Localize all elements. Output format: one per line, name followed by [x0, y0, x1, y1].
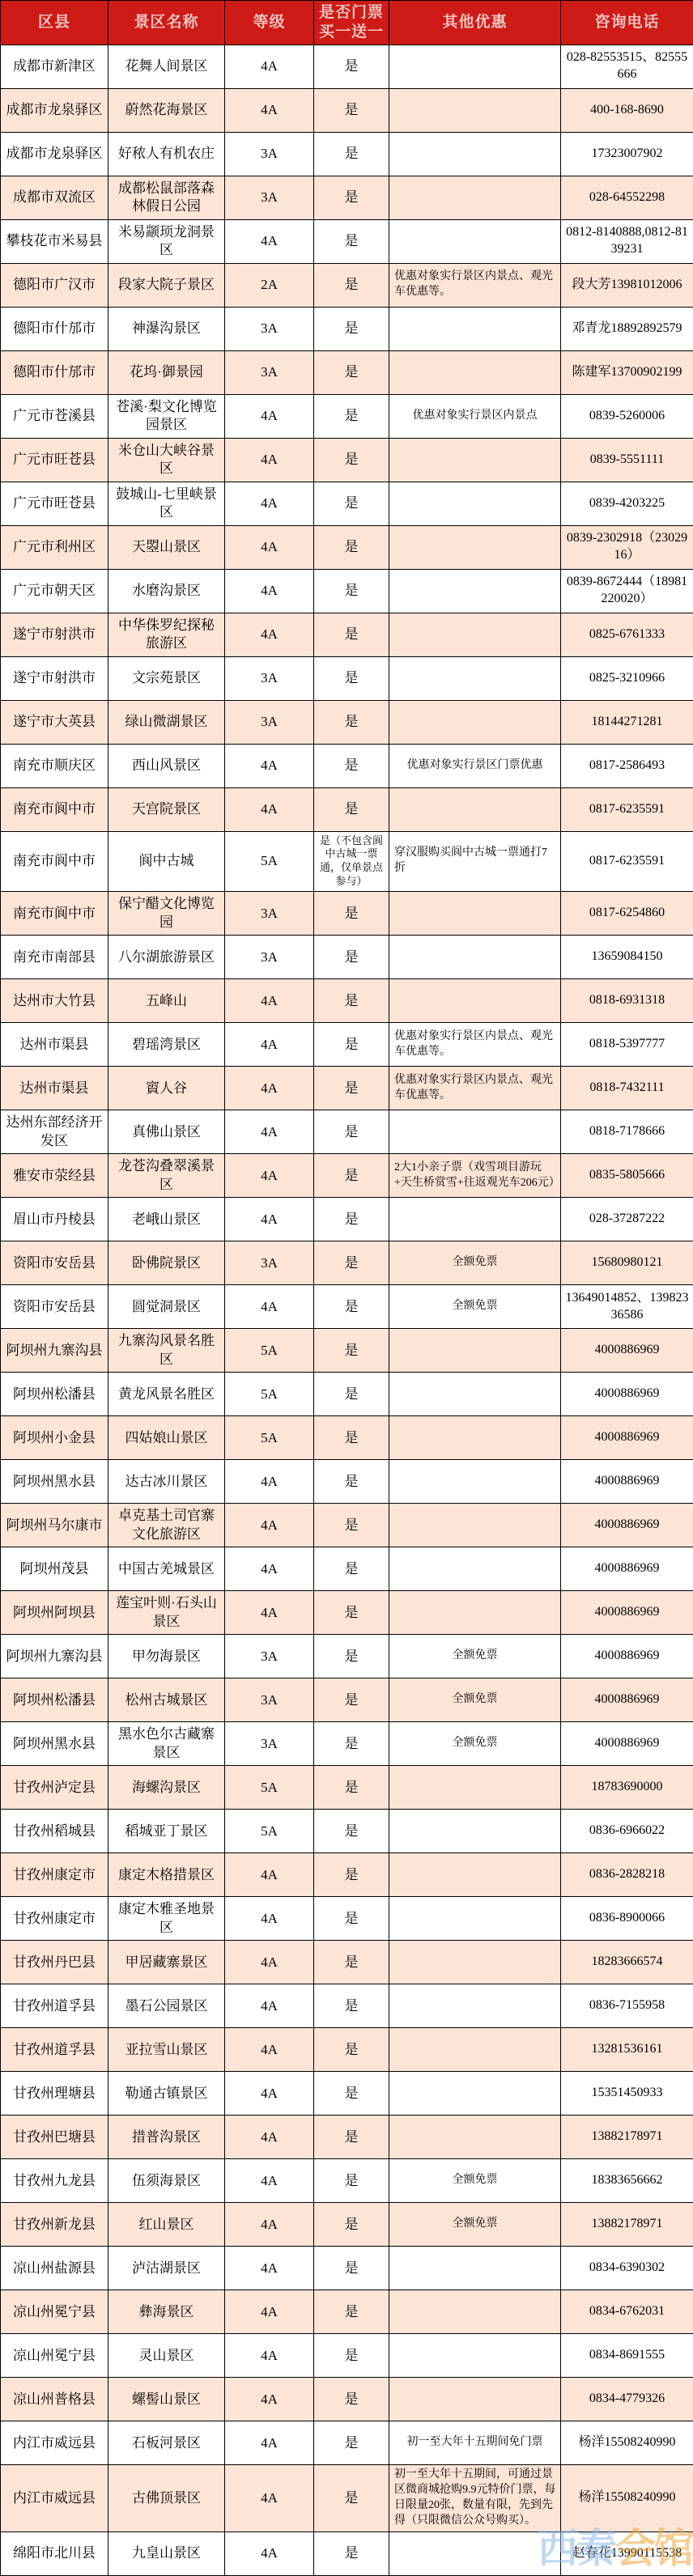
grade-cell: 5A	[225, 1810, 314, 1853]
table-row: 眉山市丹棱县 老峨山景区 4A 是 028-37287222	[1, 1198, 693, 1241]
grade-cell: 5A	[225, 1766, 314, 1810]
district-cell: 雅安市荥经县	[1, 1154, 108, 1198]
discount-cell	[389, 1853, 561, 1897]
phone-cell: 4000886969	[561, 1329, 693, 1373]
table-row: 南充市顺庆区 西山风景区 4A 是 优惠对象实行景区门票优惠 0817-2586…	[1, 744, 693, 787]
discount-cell	[389, 482, 561, 525]
phone-cell: 0839-2302918（2302916）	[561, 525, 693, 569]
column-header-name: 景区名称	[108, 1, 225, 45]
district-cell: 甘孜州泸定县	[1, 1766, 108, 1810]
table-row: 南充市阆中市 保宁醋文化博览园 3A 是 0817-6254860	[1, 892, 693, 936]
scenic-name-cell: 阆中古城	[108, 831, 225, 892]
bogo-cell: 是	[314, 219, 389, 263]
district-cell: 达州市大竹县	[1, 979, 108, 1023]
discount-cell	[389, 656, 561, 700]
grade-cell: 5A	[225, 831, 314, 892]
discount-cell	[389, 613, 561, 656]
grade-cell: 4A	[225, 2421, 314, 2465]
table-row: 南充市阆中市 阆中古城 5A 是（不包含阆中古城一票通，仅单景点参与） 穿汉服购…	[1, 831, 693, 892]
district-cell: 凉山州普格县	[1, 2378, 108, 2421]
phone-cell: 4000886969	[561, 1373, 693, 1416]
scenic-area-discount-table: 区县 景区名称 等级 是否门票买一送一 其他优惠 咨询电话 成都市新津区 花舞人…	[0, 0, 693, 2576]
district-cell: 广元市旺苍县	[1, 438, 108, 482]
phone-cell: 杨洋15508240990	[561, 2465, 693, 2532]
discount-cell	[389, 1810, 561, 1853]
table-row: 遂宁市射洪市 中华侏罗纪探秘旅游区 4A 是 0825-6761333	[1, 613, 693, 656]
grade-cell: 4A	[225, 1853, 314, 1897]
bogo-cell: 是	[314, 307, 389, 350]
district-cell: 内江市威远县	[1, 2465, 108, 2532]
bogo-cell: 是	[314, 1198, 389, 1241]
discount-cell	[389, 45, 561, 88]
phone-cell: 0836-6966022	[561, 1810, 693, 1853]
scenic-name-cell: 保宁醋文化博览园	[108, 892, 225, 936]
phone-cell: 028-37287222	[561, 1198, 693, 1241]
phone-cell: 杨洋15508240990	[561, 2421, 693, 2465]
phone-cell: 13882178971	[561, 2116, 693, 2159]
grade-cell: 4A	[225, 2116, 314, 2159]
bogo-cell: 是	[314, 700, 389, 744]
grade-cell: 4A	[225, 2072, 314, 2116]
bogo-cell: 是	[314, 2203, 389, 2247]
grade-cell: 4A	[225, 1591, 314, 1635]
district-cell: 遂宁市射洪市	[1, 656, 108, 700]
district-cell: 资阳市安岳县	[1, 1241, 108, 1285]
phone-cell: 0839-4203225	[561, 482, 693, 525]
phone-cell: 赵春花13990115538	[561, 2531, 693, 2575]
phone-cell: 陈建军13700902199	[561, 350, 693, 394]
district-cell: 达州东部经济开发区	[1, 1110, 108, 1154]
table-row: 甘孜州道孚县 亚拉雪山景区 4A 是 13281536161	[1, 2028, 693, 2072]
bogo-cell: 是	[314, 569, 389, 613]
bogo-cell: 是	[314, 394, 389, 438]
district-cell: 凉山州冕宁县	[1, 2334, 108, 2378]
phone-cell: 0825-3210966	[561, 656, 693, 700]
district-cell: 眉山市丹棱县	[1, 1198, 108, 1241]
scenic-name-cell: 绿山微湖景区	[108, 700, 225, 744]
grade-cell: 4A	[225, 1023, 314, 1067]
grade-cell: 3A	[225, 350, 314, 394]
table-row: 阿坝州小金县 四姑娘山景区 5A 是 4000886969	[1, 1416, 693, 1460]
bogo-cell: 是	[314, 350, 389, 394]
grade-cell: 3A	[225, 1722, 314, 1766]
grade-cell: 4A	[225, 2290, 314, 2334]
district-cell: 阿坝州小金县	[1, 1416, 108, 1460]
grade-cell: 4A	[225, 1110, 314, 1154]
scenic-name-cell: 賨人谷	[108, 1067, 225, 1110]
grade-cell: 4A	[225, 525, 314, 569]
district-cell: 甘孜州道孚县	[1, 2028, 108, 2072]
discount-cell: 全额免票	[389, 1722, 561, 1766]
table-row: 阿坝州松潘县 松州古城景区 3A 是 全额免票 4000886969	[1, 1678, 693, 1722]
scenic-name-cell: 神瀑沟景区	[108, 307, 225, 350]
table-row: 达州市渠县 賨人谷 4A 是 优惠对象实行景区内景点、观光车优惠等。 0818-…	[1, 1067, 693, 1110]
scenic-name-cell: 圆觉洞景区	[108, 1285, 225, 1329]
grade-cell: 2A	[225, 263, 314, 307]
phone-cell: 18783690000	[561, 1766, 693, 1810]
grade-cell: 3A	[225, 1678, 314, 1722]
bogo-cell: 是	[314, 892, 389, 936]
discount-cell: 初一至大年十五期间免门票	[389, 2421, 561, 2465]
grade-cell: 4A	[225, 2247, 314, 2290]
table-row: 成都市双流区 成都松鼠部落森林假日公园 3A 是 028-64552298	[1, 176, 693, 219]
bogo-cell: 是	[314, 132, 389, 176]
bogo-cell: 是	[314, 1285, 389, 1329]
scenic-name-cell: 石板河景区	[108, 2421, 225, 2465]
discount-cell: 全额免票	[389, 2203, 561, 2247]
district-cell: 甘孜州新龙县	[1, 2203, 108, 2247]
table-row: 雅安市荥经县 龙苍沟叠翠溪景区 4A 是 2大1小亲子票（戏雪项目游玩+天生桥赏…	[1, 1154, 693, 1198]
table-row: 内江市威远县 古佛顶景区 4A 是 初一至大年十五期间，可通过景区微商城抢购9.…	[1, 2465, 693, 2532]
table-row: 广元市苍溪县 苍溪·梨文化博览园景区 4A 是 优惠对象实行景区内景点 0839…	[1, 394, 693, 438]
bogo-cell: 是	[314, 1941, 389, 1984]
discount-cell: 全额免票	[389, 1285, 561, 1329]
scenic-name-cell: 老峨山景区	[108, 1198, 225, 1241]
phone-cell: 18383656662	[561, 2159, 693, 2203]
scenic-name-cell: 水磨沟景区	[108, 569, 225, 613]
scenic-name-cell: 花坞·御景园	[108, 350, 225, 394]
scenic-name-cell: 鼓城山-七里峡景区	[108, 482, 225, 525]
grade-cell: 4A	[225, 787, 314, 831]
scenic-name-cell: 灵山景区	[108, 2334, 225, 2378]
table-row: 达州市大竹县 五峰山 4A 是 0818-6931318	[1, 979, 693, 1023]
discount-cell	[389, 1110, 561, 1154]
scenic-name-cell: 中国古羌城景区	[108, 1547, 225, 1591]
bogo-cell: 是	[314, 1766, 389, 1810]
scenic-name-cell: 好秾人有机农庄	[108, 132, 225, 176]
bogo-cell: 是	[314, 2334, 389, 2378]
table-header: 区县 景区名称 等级 是否门票买一送一 其他优惠 咨询电话	[1, 1, 693, 45]
table-row: 甘孜州康定市 康定木雅圣地景区 4A 是 0836-8900066	[1, 1897, 693, 1941]
district-cell: 甘孜州九龙县	[1, 2159, 108, 2203]
phone-cell: 0836-7155958	[561, 1984, 693, 2028]
scenic-name-cell: 成都松鼠部落森林假日公园	[108, 176, 225, 219]
discount-cell	[389, 1329, 561, 1373]
scenic-name-cell: 天宫院景区	[108, 787, 225, 831]
district-cell: 成都市新津区	[1, 45, 108, 88]
bogo-cell: 是	[314, 2028, 389, 2072]
scenic-name-cell: 九皇山景区	[108, 2531, 225, 2575]
bogo-cell: 是	[314, 2159, 389, 2203]
phone-cell: 0812-8140888,0812-8139231	[561, 219, 693, 263]
district-cell: 阿坝州松潘县	[1, 1373, 108, 1416]
grade-cell: 3A	[225, 892, 314, 936]
bogo-cell: 是	[314, 1460, 389, 1504]
discount-cell	[389, 307, 561, 350]
bogo-cell: 是	[314, 2247, 389, 2290]
grade-cell: 3A	[225, 132, 314, 176]
grade-cell: 4A	[225, 1984, 314, 2028]
table-row: 德阳市广汉市 段家大院子景区 2A 是 优惠对象实行景区内景点、观光车优惠等。 …	[1, 263, 693, 307]
discount-cell: 全额免票	[389, 1635, 561, 1678]
bogo-cell: 是	[314, 482, 389, 525]
district-cell: 阿坝州阿坝县	[1, 1591, 108, 1635]
discount-cell	[389, 1984, 561, 2028]
discount-cell	[389, 2531, 561, 2575]
scenic-name-cell: 康定木格措景区	[108, 1853, 225, 1897]
district-cell: 阿坝州茂县	[1, 1547, 108, 1591]
discount-cell	[389, 1416, 561, 1460]
discount-cell	[389, 936, 561, 979]
scenic-name-cell: 卓克基土司官寨文化旅游区	[108, 1504, 225, 1547]
district-cell: 甘孜州理塘县	[1, 2072, 108, 2116]
table-body: 成都市新津区 花舞人间景区 4A 是 028-82553515、82555666…	[1, 45, 693, 2575]
grade-cell: 4A	[225, 1285, 314, 1329]
phone-cell: 0834-6762031	[561, 2290, 693, 2334]
district-cell: 阿坝州黑水县	[1, 1460, 108, 1504]
table-row: 广元市旺苍县 米仓山大峡谷景区 4A 是 0839-5551111	[1, 438, 693, 482]
district-cell: 阿坝州松潘县	[1, 1678, 108, 1722]
phone-cell: 15351450933	[561, 2072, 693, 2116]
bogo-cell: 是	[314, 2465, 389, 2532]
bogo-cell: 是	[314, 1023, 389, 1067]
bogo-cell: 是	[314, 263, 389, 307]
phone-cell: 4000886969	[561, 1635, 693, 1678]
table-row: 阿坝州黑水县 达古冰川景区 4A 是 4000886969	[1, 1460, 693, 1504]
column-header-bogo: 是否门票买一送一	[314, 1, 389, 45]
bogo-cell: 是	[314, 2072, 389, 2116]
bogo-cell: 是	[314, 1329, 389, 1373]
grade-cell: 4A	[225, 1897, 314, 1941]
table-row: 攀枝花市米易县 米易颛顼龙洞景区 4A 是 0812-8140888,0812-…	[1, 219, 693, 263]
grade-cell: 4A	[225, 613, 314, 656]
phone-cell: 400-168-8690	[561, 88, 693, 132]
scenic-name-cell: 古佛顶景区	[108, 2465, 225, 2532]
phone-cell: 0817-2586493	[561, 744, 693, 787]
table-row: 阿坝州九寨沟县 九寨沟风景名胜区 5A 是 4000886969	[1, 1329, 693, 1373]
scenic-name-cell: 甲居藏寨景区	[108, 1941, 225, 1984]
district-cell: 攀枝花市米易县	[1, 219, 108, 263]
phone-cell: 13882178971	[561, 2203, 693, 2247]
discount-cell: 初一至大年十五期间，可通过景区微商城抢购9.9元特价门票，每日限量20张，数量有…	[389, 2465, 561, 2532]
scenic-name-cell: 米仓山大峡谷景区	[108, 438, 225, 482]
bogo-cell: 是	[314, 1722, 389, 1766]
column-header-grade: 等级	[225, 1, 314, 45]
table-row: 凉山州冕宁县 灵山景区 4A 是 0834-8691555	[1, 2334, 693, 2378]
scenic-name-cell: 甲勿海景区	[108, 1635, 225, 1678]
grade-cell: 5A	[225, 1373, 314, 1416]
scenic-name-cell: 五峰山	[108, 979, 225, 1023]
table-row: 南充市阆中市 天宫院景区 4A 是 0817-6235591	[1, 787, 693, 831]
bogo-cell: 是	[314, 1591, 389, 1635]
scenic-name-cell: 碧瑶湾景区	[108, 1023, 225, 1067]
bogo-cell: 是	[314, 45, 389, 88]
table-row: 南充市南部县 八尔湖旅游景区 3A 是 13659084150	[1, 936, 693, 979]
discount-cell	[389, 525, 561, 569]
discount-cell	[389, 1373, 561, 1416]
table-row: 内江市威远县 石板河景区 4A 是 初一至大年十五期间免门票 杨洋1550824…	[1, 2421, 693, 2465]
phone-cell: 13659084150	[561, 936, 693, 979]
phone-cell: 0817-6254860	[561, 892, 693, 936]
scenic-name-cell: 米易颛顼龙洞景区	[108, 219, 225, 263]
scenic-name-cell: 八尔湖旅游景区	[108, 936, 225, 979]
district-cell: 德阳市广汉市	[1, 263, 108, 307]
table-row: 资阳市安岳县 卧佛院景区 3A 是 全额免票 15680980121	[1, 1241, 693, 1285]
scenic-name-cell: 勒通古镇景区	[108, 2072, 225, 2116]
phone-cell: 0834-8691555	[561, 2334, 693, 2378]
discount-cell	[389, 1766, 561, 1810]
grade-cell: 4A	[225, 1504, 314, 1547]
scenic-name-cell: 措普沟景区	[108, 2116, 225, 2159]
discount-cell: 优惠对象实行景区内景点	[389, 394, 561, 438]
table-row: 达州市渠县 碧瑶湾景区 4A 是 优惠对象实行景区内景点、观光车优惠等。 081…	[1, 1023, 693, 1067]
phone-cell: 18283666574	[561, 1941, 693, 1984]
table-row: 资阳市安岳县 圆觉洞景区 4A 是 全额免票 13649014852、13982…	[1, 1285, 693, 1329]
grade-cell: 4A	[225, 744, 314, 787]
bogo-cell: 是	[314, 1635, 389, 1678]
discount-cell: 穿汉服购买阆中古城一票通打7折	[389, 831, 561, 892]
grade-cell: 4A	[225, 1154, 314, 1198]
column-header-discount: 其他优惠	[389, 1, 561, 45]
discount-cell	[389, 176, 561, 219]
scenic-name-cell: 段家大院子景区	[108, 263, 225, 307]
bogo-cell: 是	[314, 744, 389, 787]
district-cell: 成都市龙泉驿区	[1, 88, 108, 132]
discount-cell: 全额免票	[389, 2159, 561, 2203]
phone-cell: 4000886969	[561, 1460, 693, 1504]
bogo-cell: 是	[314, 1897, 389, 1941]
discount-cell	[389, 979, 561, 1023]
discount-cell	[389, 700, 561, 744]
grade-cell: 4A	[225, 2465, 314, 2532]
phone-cell: 4000886969	[561, 1678, 693, 1722]
discount-cell	[389, 1547, 561, 1591]
bogo-cell: 是	[314, 2116, 389, 2159]
phone-cell: 13649014852、13982336586	[561, 1285, 693, 1329]
scenic-name-cell: 松州古城景区	[108, 1678, 225, 1722]
district-cell: 遂宁市射洪市	[1, 613, 108, 656]
phone-cell: 0839-8672444（18981220020）	[561, 569, 693, 613]
district-cell: 甘孜州康定市	[1, 1897, 108, 1941]
phone-cell: 0834-4779326	[561, 2378, 693, 2421]
district-cell: 甘孜州巴塘县	[1, 2116, 108, 2159]
table-row: 德阳市什邡市 神瀑沟景区 3A 是 邓青龙18892892579	[1, 307, 693, 350]
district-cell: 德阳市什邡市	[1, 350, 108, 394]
bogo-cell: 是	[314, 1373, 389, 1416]
phone-cell: 0825-6761333	[561, 613, 693, 656]
scenic-name-cell: 伍须海景区	[108, 2159, 225, 2203]
discount-cell: 全额免票	[389, 1678, 561, 1722]
scenic-name-cell: 中华侏罗纪探秘旅游区	[108, 613, 225, 656]
phone-cell: 13281536161	[561, 2028, 693, 2072]
bogo-cell: 是	[314, 1810, 389, 1853]
discount-cell	[389, 350, 561, 394]
bogo-cell: 是	[314, 936, 389, 979]
table-row: 凉山州普格县 螺髻山景区 4A 是 0834-4779326	[1, 2378, 693, 2421]
bogo-cell: 是	[314, 2531, 389, 2575]
phone-cell: 0836-8900066	[561, 1897, 693, 1941]
phone-cell: 4000886969	[561, 1591, 693, 1635]
district-cell: 成都市双流区	[1, 176, 108, 219]
scenic-name-cell: 黑水色尔古藏寨景区	[108, 1722, 225, 1766]
phone-cell: 15680980121	[561, 1241, 693, 1285]
bogo-cell: 是	[314, 1984, 389, 2028]
grade-cell: 3A	[225, 176, 314, 219]
scenic-name-cell: 天曌山景区	[108, 525, 225, 569]
district-cell: 德阳市什邡市	[1, 307, 108, 350]
scenic-name-cell: 稻城亚丁景区	[108, 1810, 225, 1853]
header-row: 区县 景区名称 等级 是否门票买一送一 其他优惠 咨询电话	[1, 1, 693, 45]
phone-cell: 0835-5805666	[561, 1154, 693, 1198]
column-header-district: 区县	[1, 1, 108, 45]
grade-cell: 4A	[225, 1547, 314, 1591]
discount-cell	[389, 2378, 561, 2421]
scenic-name-cell: 康定木雅圣地景区	[108, 1897, 225, 1941]
grade-cell: 4A	[225, 45, 314, 88]
district-cell: 达州市渠县	[1, 1067, 108, 1110]
scenic-name-cell: 苍溪·梨文化博览园景区	[108, 394, 225, 438]
phone-cell: 0834-6390302	[561, 2247, 693, 2290]
discount-cell	[389, 2247, 561, 2290]
scenic-name-cell: 黄龙风景名胜区	[108, 1373, 225, 1416]
bogo-cell: 是	[314, 1853, 389, 1897]
discount-cell	[389, 787, 561, 831]
scenic-name-cell: 海螺沟景区	[108, 1766, 225, 1810]
scenic-name-cell: 彝海景区	[108, 2290, 225, 2334]
phone-cell: 028-82553515、82555666	[561, 45, 693, 88]
district-cell: 南充市南部县	[1, 936, 108, 979]
discount-cell	[389, 1897, 561, 1941]
grade-cell: 4A	[225, 2378, 314, 2421]
discount-cell	[389, 132, 561, 176]
discount-cell	[389, 2290, 561, 2334]
phone-cell: 0836-2828218	[561, 1853, 693, 1897]
grade-cell: 3A	[225, 1635, 314, 1678]
scenic-name-cell: 红山景区	[108, 2203, 225, 2247]
grade-cell: 4A	[225, 569, 314, 613]
grade-cell: 4A	[225, 2028, 314, 2072]
phone-cell: 4000886969	[561, 1722, 693, 1766]
bogo-cell: 是	[314, 1154, 389, 1198]
district-cell: 资阳市安岳县	[1, 1285, 108, 1329]
table-row: 成都市龙泉驿区 好秾人有机农庄 3A 是 17323007902	[1, 132, 693, 176]
grade-cell: 3A	[225, 700, 314, 744]
discount-cell	[389, 2072, 561, 2116]
grade-cell: 4A	[225, 979, 314, 1023]
bogo-cell: 是	[314, 1067, 389, 1110]
discount-cell	[389, 1198, 561, 1241]
grade-cell: 4A	[225, 1460, 314, 1504]
discount-cell	[389, 1941, 561, 1984]
district-cell: 广元市朝天区	[1, 569, 108, 613]
table-row: 甘孜州巴塘县 措普沟景区 4A 是 13882178971	[1, 2116, 693, 2159]
bogo-cell: 是	[314, 1678, 389, 1722]
discount-cell	[389, 2334, 561, 2378]
bogo-cell: 是	[314, 1110, 389, 1154]
bogo-cell: 是	[314, 787, 389, 831]
table-row: 阿坝州阿坝县 莲宝叶则·石头山景区 4A 是 4000886969	[1, 1591, 693, 1635]
table-row: 遂宁市射洪市 文宗苑景区 3A 是 0825-3210966	[1, 656, 693, 700]
scenic-name-cell: 九寨沟风景名胜区	[108, 1329, 225, 1373]
grade-cell: 4A	[225, 438, 314, 482]
grade-cell: 4A	[225, 88, 314, 132]
grade-cell: 4A	[225, 1941, 314, 1984]
grade-cell: 4A	[225, 482, 314, 525]
table-row: 甘孜州康定市 康定木格措景区 4A 是 0836-2828218	[1, 1853, 693, 1897]
discount-cell	[389, 88, 561, 132]
grade-cell: 3A	[225, 1241, 314, 1285]
grade-cell: 5A	[225, 1416, 314, 1460]
district-cell: 南充市顺庆区	[1, 744, 108, 787]
grade-cell: 4A	[225, 2203, 314, 2247]
table-row: 阿坝州九寨沟县 甲勿海景区 3A 是 全额免票 4000886969	[1, 1635, 693, 1678]
scenic-name-cell: 西山风景区	[108, 744, 225, 787]
table-row: 成都市龙泉驿区 蔚然花海景区 4A 是 400-168-8690	[1, 88, 693, 132]
discount-cell: 优惠对象实行景区内景点、观光车优惠等。	[389, 1023, 561, 1067]
phone-cell: 17323007902	[561, 132, 693, 176]
table-row: 阿坝州黑水县 黑水色尔古藏寨景区 3A 是 全额免票 4000886969	[1, 1722, 693, 1766]
scenic-name-cell: 亚拉雪山景区	[108, 2028, 225, 2072]
